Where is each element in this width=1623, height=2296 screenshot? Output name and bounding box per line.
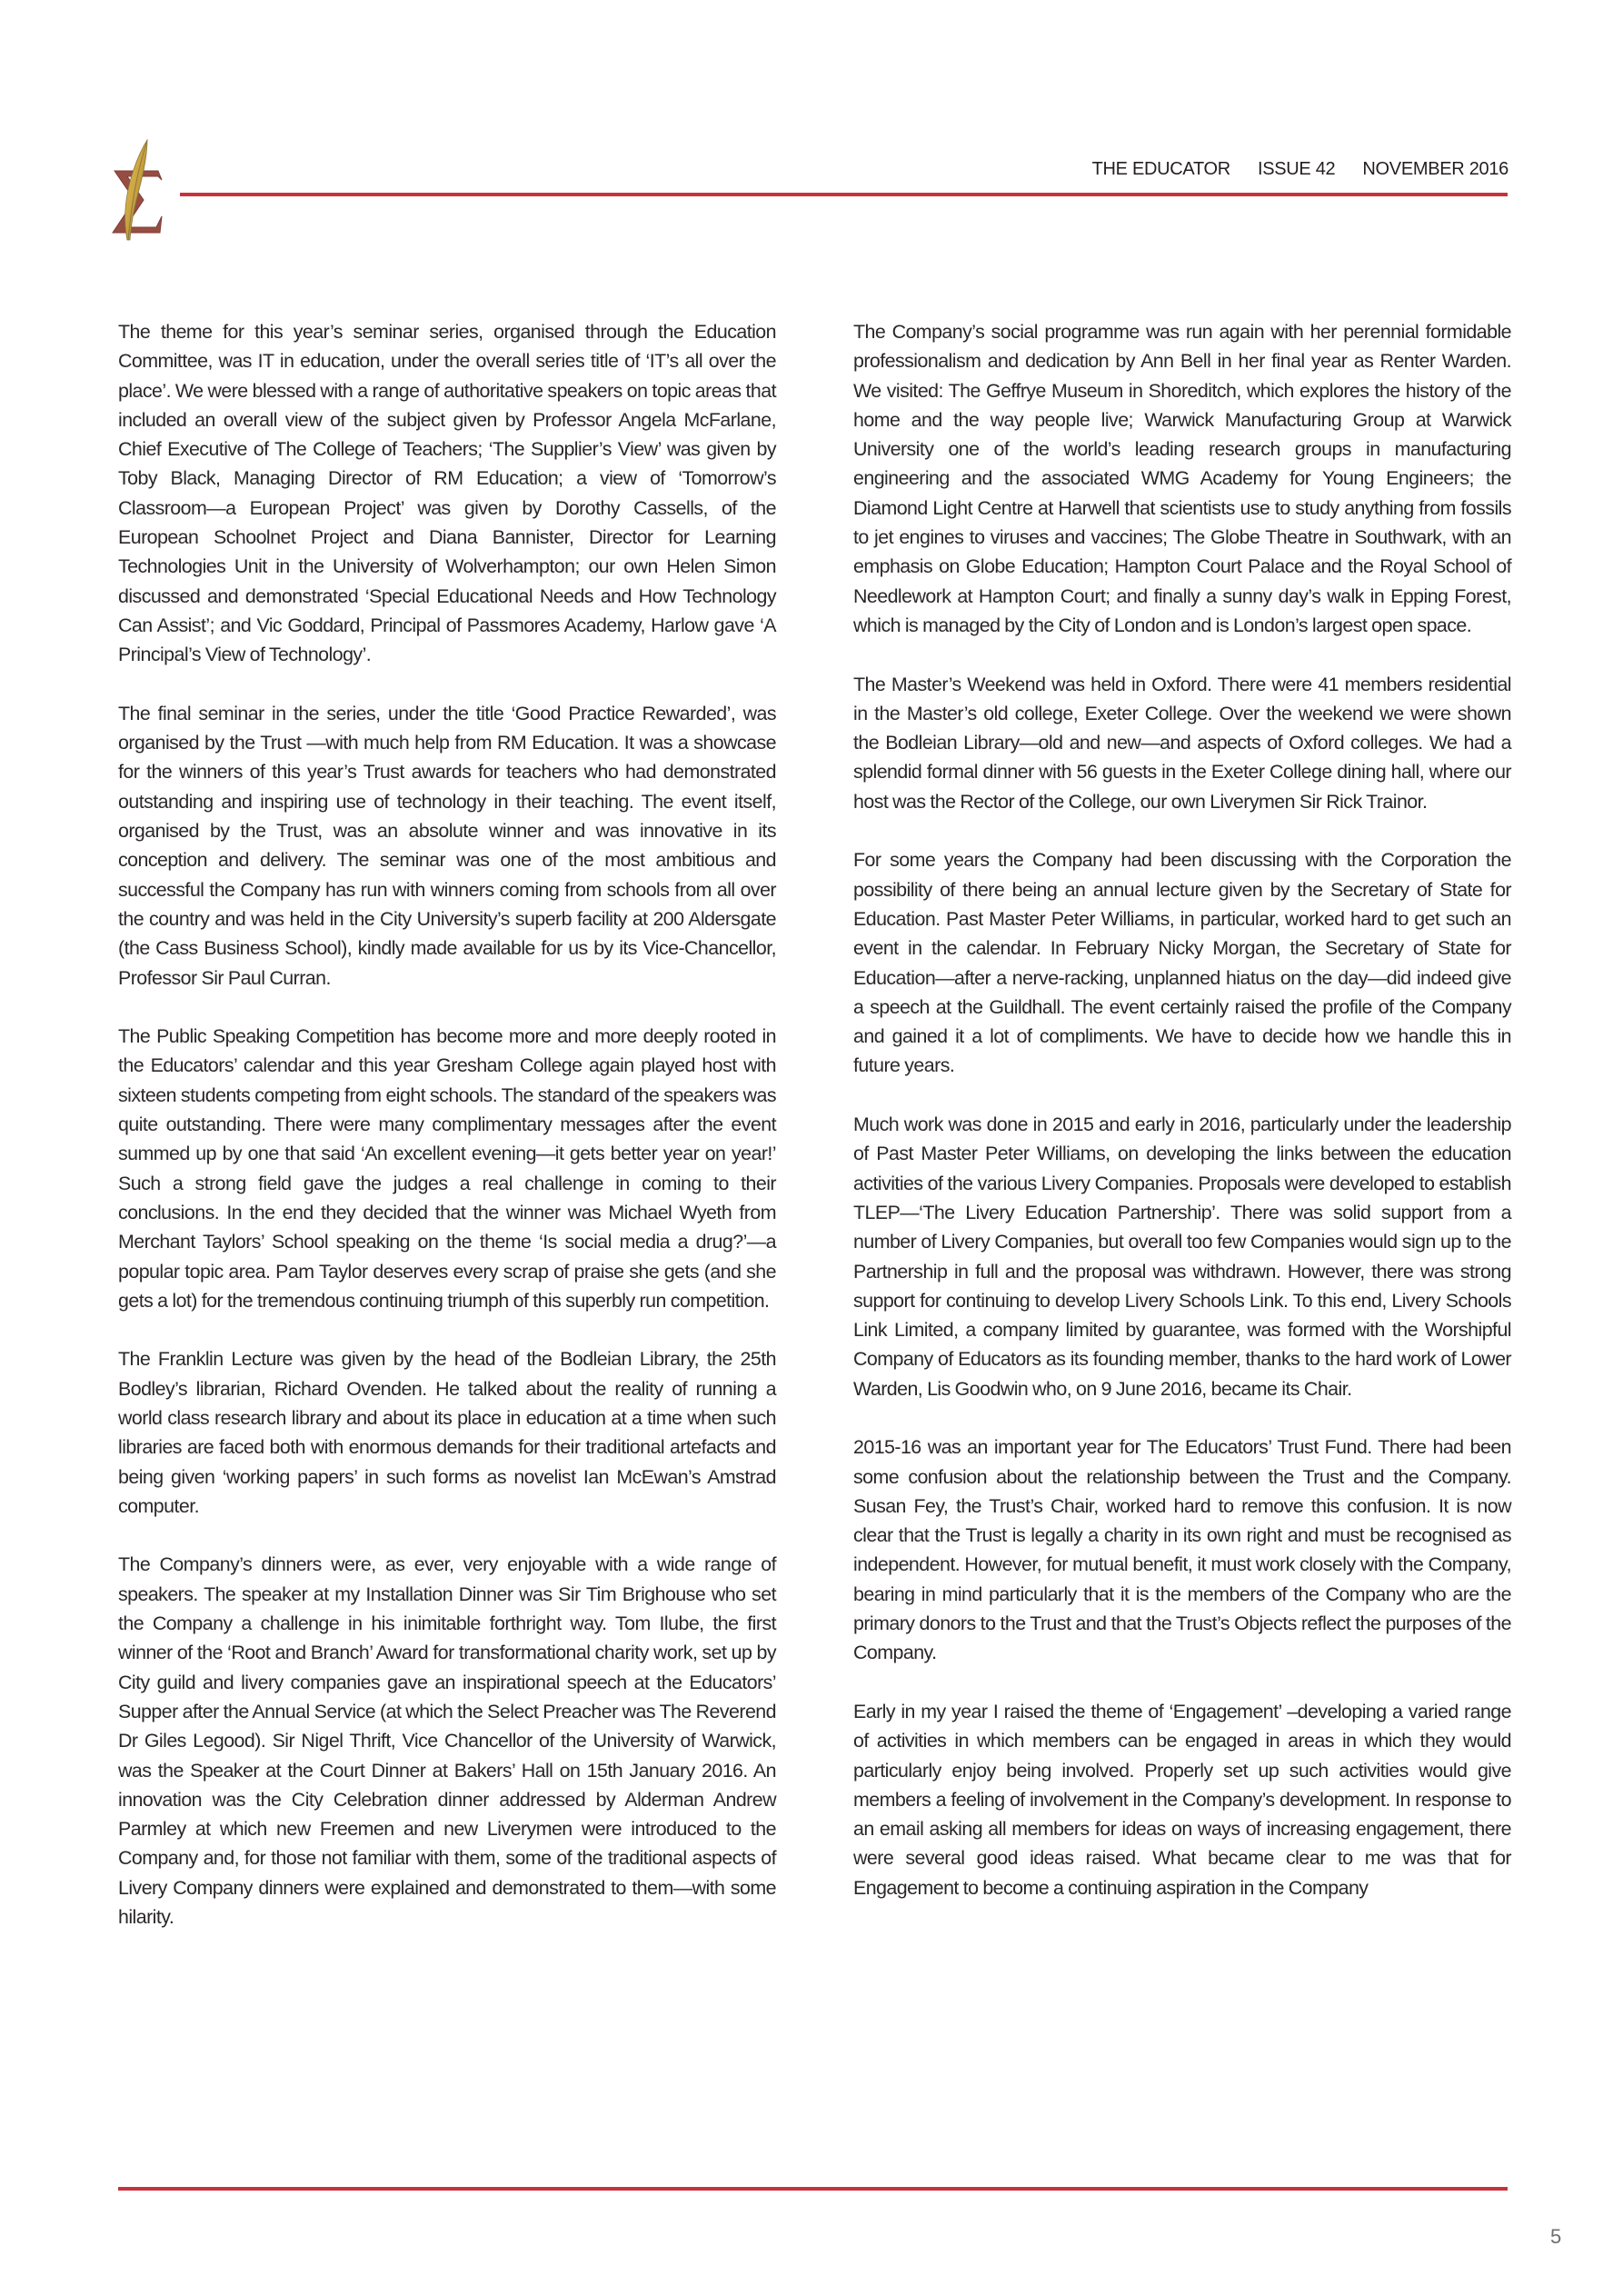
publication-title: THE EDUCATOR [1092,159,1230,180]
issue-date: NOVEMBER 2016 [1362,159,1508,180]
sigma-quill-logo-icon [107,136,171,244]
paragraph: 2015-16 was an important year for The Ed… [853,1433,1511,1667]
left-column: The theme for this year’s seminar series… [118,317,776,1962]
paragraph: The Company’s dinners were, as ever, ver… [118,1550,776,1932]
paragraph: Much work was done in 2015 and early in … [853,1110,1511,1403]
paragraph: The Franklin Lecture was given by the he… [118,1344,776,1521]
paragraph: The final seminar in the series, under t… [118,699,776,993]
issue-number: ISSUE 42 [1258,159,1335,180]
right-column: The Company’s social programme was run a… [853,317,1511,1932]
paragraph: Early in my year I raised the theme of ‘… [853,1697,1511,1902]
footer-divider [118,2187,1508,2191]
header-divider [180,193,1508,196]
running-header: THE EDUCATOR ISSUE 42 NOVEMBER 2016 [1092,159,1508,180]
paragraph: The theme for this year’s seminar series… [118,317,776,670]
page-number: 5 [1550,2225,1561,2249]
paragraph: The Public Speaking Competition has beco… [118,1022,776,1315]
paragraph: For some years the Company had been disc… [853,845,1511,1080]
paragraph: The Company’s social programme was run a… [853,317,1511,640]
paragraph: The Master’s Weekend was held in Oxford.… [853,670,1511,816]
